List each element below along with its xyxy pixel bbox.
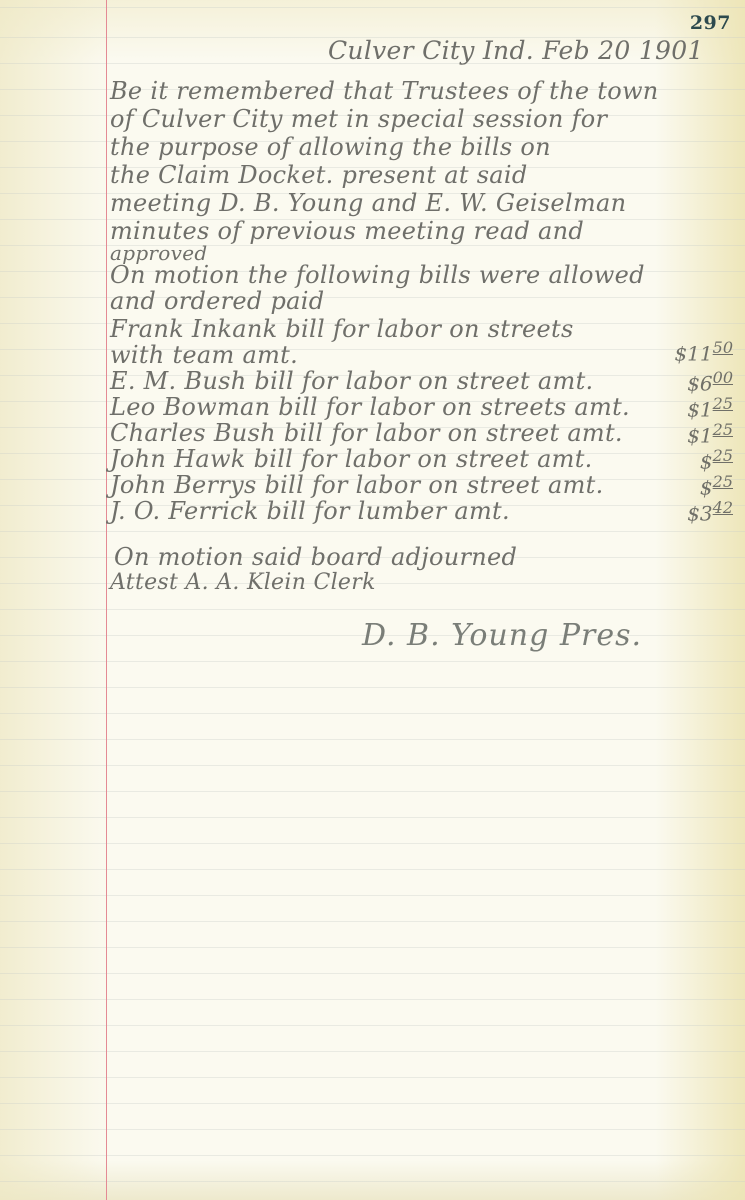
attest-line: Attest A. A. Klein Clerk xyxy=(110,570,376,596)
amount-cents: 25 xyxy=(713,420,733,439)
amount-cents: 42 xyxy=(713,498,733,517)
amount-dollars: $ xyxy=(700,476,713,500)
bill-amount: $600 xyxy=(687,368,733,396)
bill-amount: $125 xyxy=(687,394,733,422)
bill-text: John Hawk bill for labor on street amt. xyxy=(110,446,593,472)
bill-text: Leo Bowman bill for labor on streets amt… xyxy=(110,394,630,420)
minutes-line: the purpose of allowing the bills on xyxy=(110,134,551,160)
minutes-line: and ordered paid xyxy=(110,288,324,314)
page-number: 297 xyxy=(690,12,731,34)
minutes-line: the Claim Docket. present at said xyxy=(110,162,528,188)
bill-text: John Berrys bill for labor on street amt… xyxy=(110,472,604,498)
president-signature: D. B. Young Pres. xyxy=(362,618,642,653)
bill-text-cont: with team amt. xyxy=(110,342,298,368)
amount-dollars: $11 xyxy=(674,342,712,366)
minutes-line: of Culver City met in special session fo… xyxy=(110,106,607,132)
bill-amount: $1150 xyxy=(674,338,733,366)
ledger-page: 297 Culver City Ind. Feb 20 1901 Be it r… xyxy=(0,0,745,1200)
amount-dollars: $6 xyxy=(687,372,712,396)
adjourn-line: On motion said board adjourned xyxy=(114,544,517,570)
amount-cents: 00 xyxy=(713,368,733,387)
bill-text: Frank Inkank bill for labor on streets xyxy=(110,316,574,342)
bill-amount: $25 xyxy=(700,472,733,500)
amount-cents: 25 xyxy=(713,472,733,491)
bill-amount: $342 xyxy=(687,498,733,526)
margin-line xyxy=(106,0,107,1200)
minutes-line: On motion the following bills were allow… xyxy=(110,262,645,288)
bill-amount: $25 xyxy=(700,446,733,474)
bill-text: Charles Bush bill for labor on street am… xyxy=(110,420,623,446)
amount-dollars: $1 xyxy=(687,398,712,422)
amount-dollars: $ xyxy=(700,450,713,474)
date-header: Culver City Ind. Feb 20 1901 xyxy=(328,38,704,64)
bill-text: E. M. Bush bill for labor on street amt. xyxy=(110,368,593,394)
amount-dollars: $1 xyxy=(687,424,712,448)
minutes-line: Be it remembered that Trustees of the to… xyxy=(110,78,659,104)
amount-cents: 50 xyxy=(713,338,733,357)
bill-text: J. O. Ferrick bill for lumber amt. xyxy=(110,498,510,524)
bill-amount: $125 xyxy=(687,420,733,448)
amount-dollars: $3 xyxy=(687,502,712,526)
amount-cents: 25 xyxy=(713,446,733,465)
amount-cents: 25 xyxy=(713,394,733,413)
minutes-line: meeting D. B. Young and E. W. Geiselman xyxy=(110,190,626,216)
